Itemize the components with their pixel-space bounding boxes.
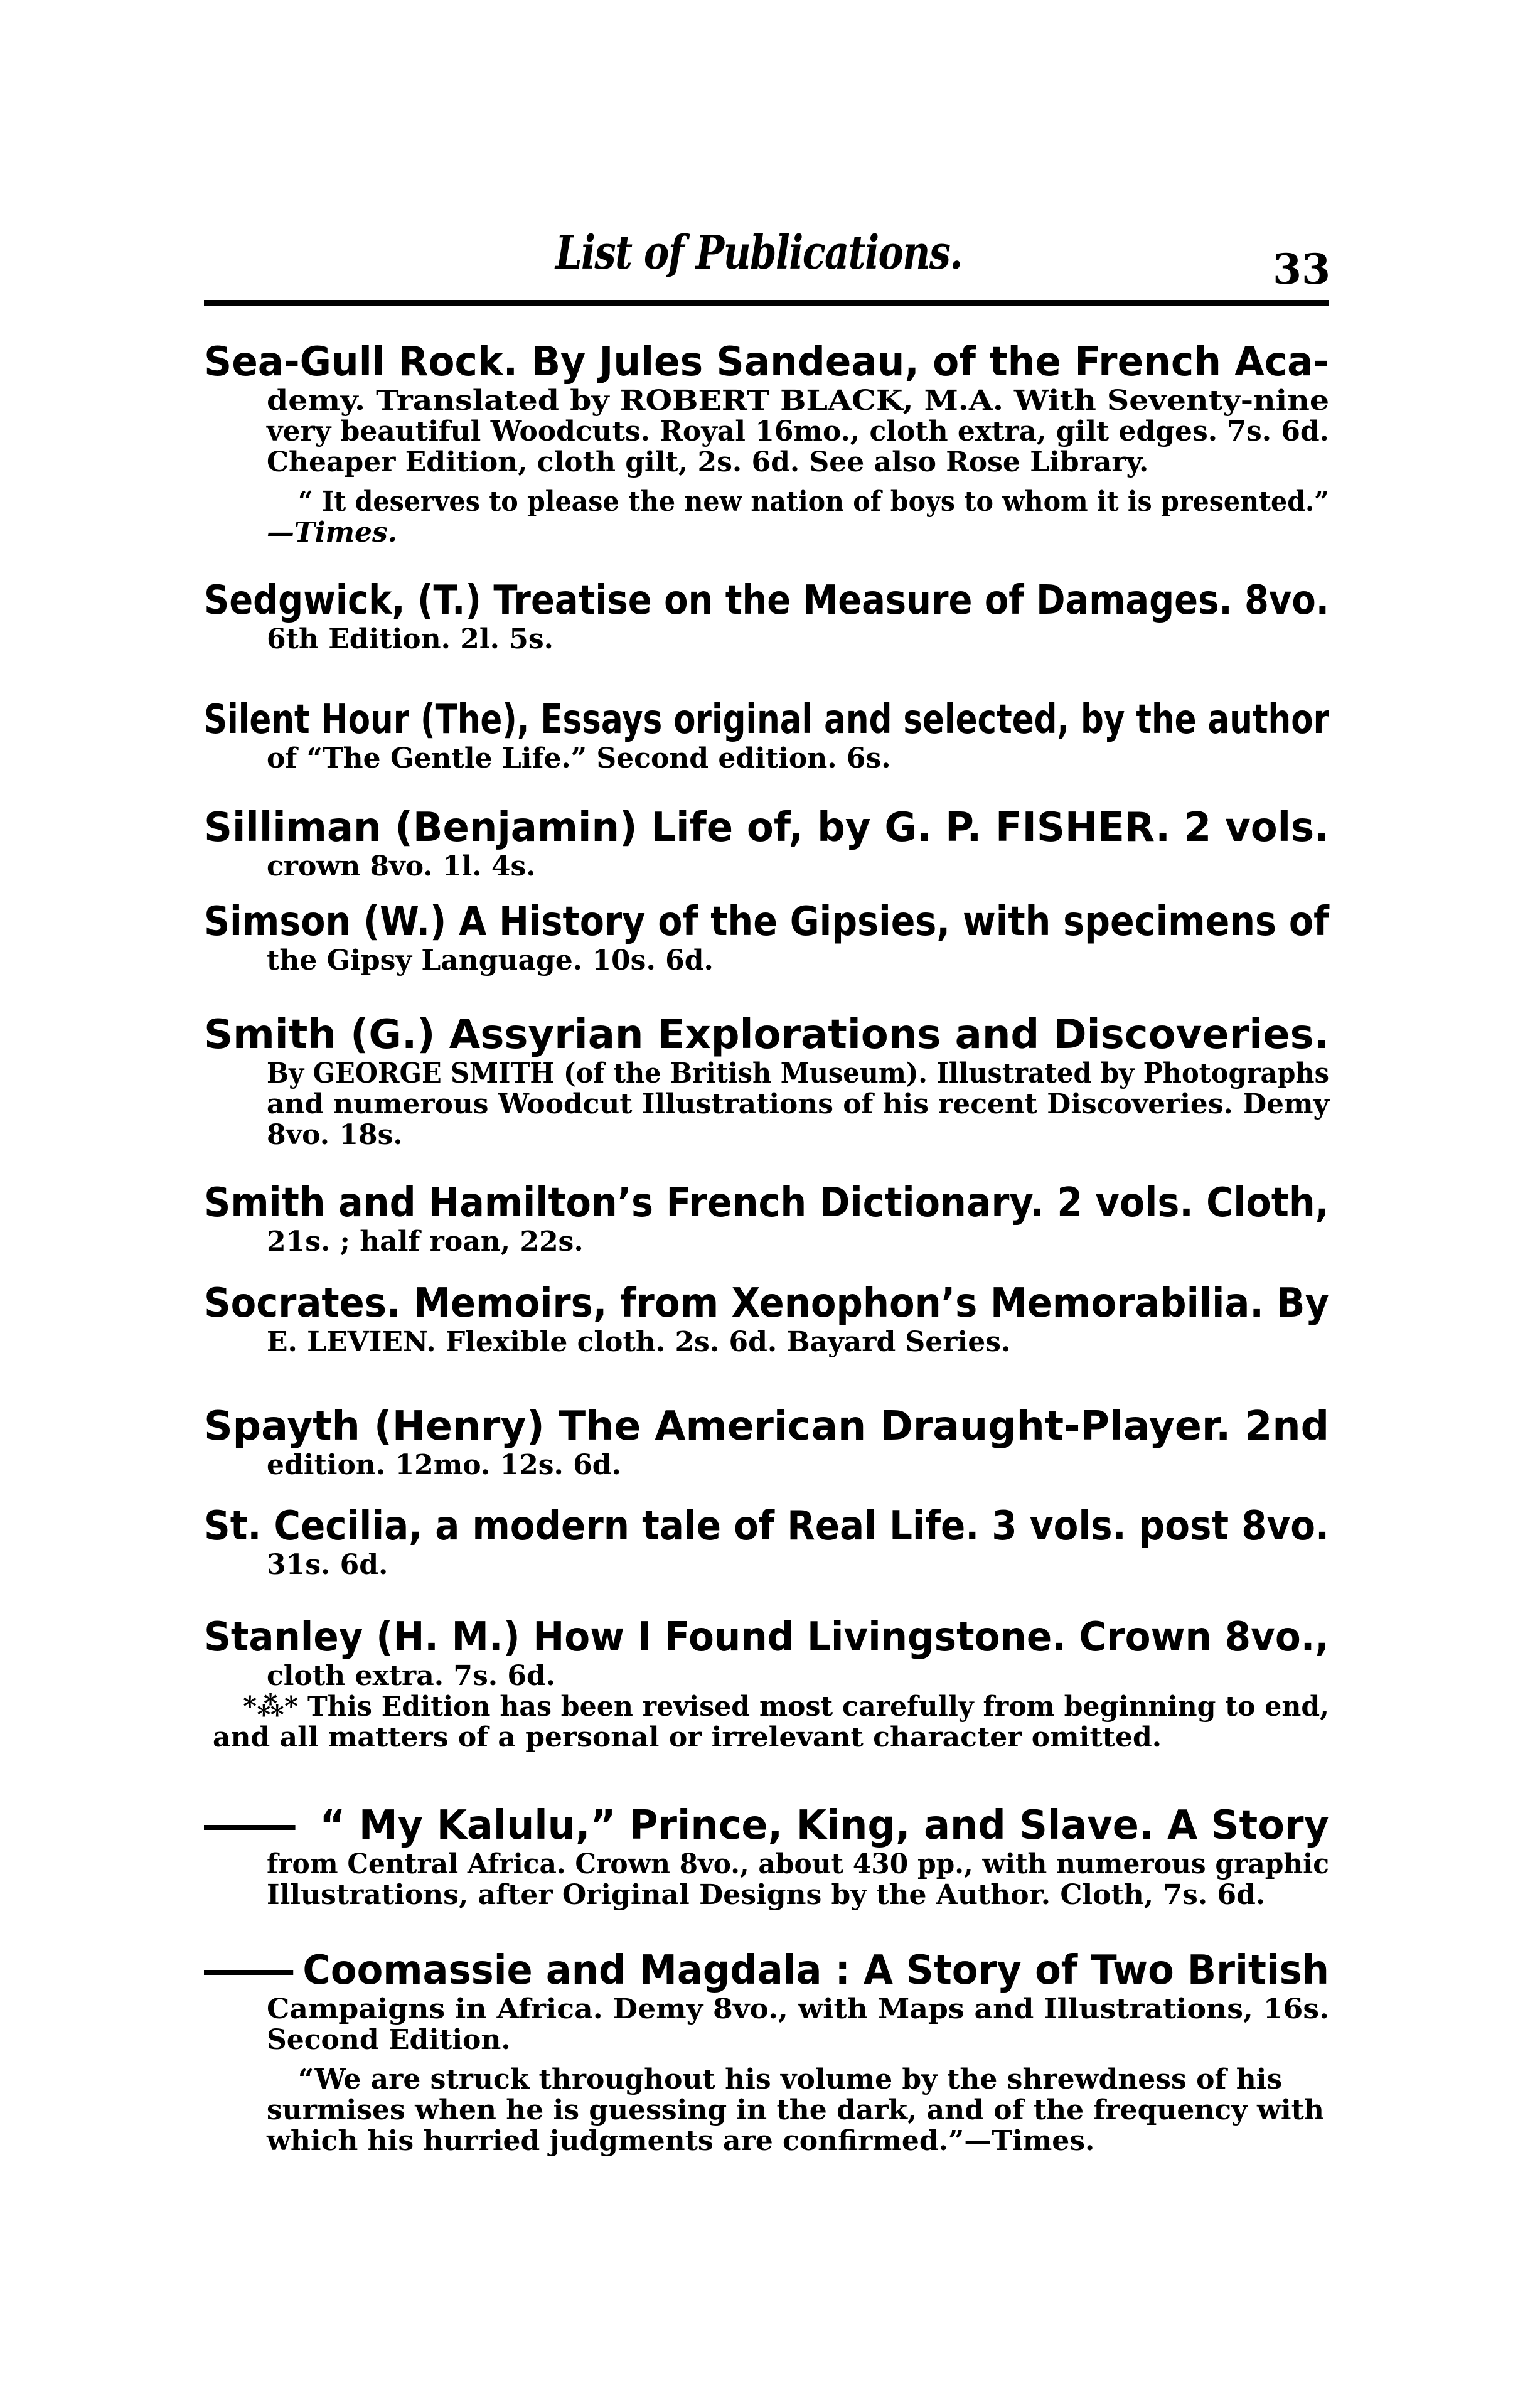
review-quote: “ It deserves to please the new nation o… [298,486,1329,517]
entry-line: very beautiful Woodcuts. Royal 16mo., cl… [267,416,1329,447]
entry-title: Silliman (Benjamin) Life of, by G. P. FI… [204,805,1329,851]
page-number: 33 [1273,245,1330,294]
entry-line: Illustrations, after Original Designs by… [267,1880,1329,1910]
entry-line: By GEORGE SMITH (of the British Museum).… [267,1058,1329,1089]
entry-title: Socrates. Memoirs, from Xenophon’s Memor… [204,1280,1329,1327]
entry-stanley-kalulu: “ My Kalulu,” Prince, King, and Slave. A… [204,1802,1329,1910]
entry-title-main: Sea-Gull Rock. [204,339,518,385]
entry-line: Campaigns in Africa. Demy 8vo., with Map… [267,1994,1329,2025]
entry-line: E. LEVIEN. Flexible cloth. 2s. 6d. Bayar… [267,1327,1329,1357]
entry-title: Sea-Gull Rock. By Jules Sandeau, of the … [204,339,1329,385]
entry-title: “ My Kalulu,” Prince, King, and Slave. A… [204,1802,1329,1849]
entry-line: and numerous Woodcut Illustrations of hi… [267,1089,1329,1120]
entry-st-cecilia: St. Cecilia, a modern tale of Real Life.… [204,1503,1329,1580]
entry-line: crown 8vo. 1l. 4s. [267,851,1329,882]
entry-sedgwick: Sedgwick, (T.) Treatise on the Measure o… [204,577,1329,655]
review-quote: surmises when he is guessing in the dark… [267,2095,1329,2126]
entry-stanley-livingstone: Stanley (H. M.) How I Found Livingstone.… [204,1614,1329,1753]
entry-line: 21s. ; half roan, 22s. [267,1226,1329,1257]
entry-title: St. Cecilia, a modern tale of Real Life.… [204,1503,1329,1549]
entry-silliman: Silliman (Benjamin) Life of, by G. P. FI… [204,805,1329,882]
entry-spayth: Spayth (Henry) The American Draught-Play… [204,1403,1329,1480]
running-title: List of Publications. [555,226,962,280]
editorial-note: *⁂* This Edition has been revised most c… [243,1691,1329,1722]
entry-stanley-coomassie: Coomassie and Magdala : A Story of Two B… [204,1947,1329,2156]
entry-title: Spayth (Henry) The American Draught-Play… [204,1403,1329,1450]
review-source: —Times. [267,517,1329,548]
entry-title: Sedgwick, (T.) Treatise on the Measure o… [204,577,1329,624]
entry-silent-hour: Silent Hour (The), Essays original and s… [204,697,1329,774]
running-head: List of Publications. 33 [204,226,1330,289]
entry-line: 31s. 6d. [267,1549,1329,1580]
entry-smith-assyrian: Smith (G.) Assyrian Explorations and Dis… [204,1012,1329,1150]
entry-simson: Simson (W.) A History of the Gipsies, wi… [204,899,1329,976]
entry-line: Second Edition. [267,2025,1329,2055]
entry-line: 8vo. 18s. [267,1120,1329,1150]
review-quote: which his hurried judgments are confirme… [267,2126,1329,2156]
entry-sea-gull-rock: Sea-Gull Rock. By Jules Sandeau, of the … [204,339,1329,548]
ditto-dash [204,1825,296,1830]
entry-title: Stanley (H. M.) How I Found Livingstone.… [204,1614,1329,1661]
entry-line: cloth extra. 7s. 6d. [267,1661,1329,1691]
entry-line: of “The Gentle Life.” Second edition. 6s… [267,743,1329,774]
entry-title: Coomassie and Magdala : A Story of Two B… [204,1947,1329,1994]
entry-line: Cheaper Edition, cloth gilt, 2s. 6d. See… [267,447,1329,478]
editorial-note: and all matters of a personal or irrelev… [213,1722,1329,1753]
book-page: List of Publications. 33 Sea-Gull Rock. … [0,0,1540,2391]
entry-title: Smith and Hamilton’s French Dictionary. … [204,1180,1329,1226]
entry-title: Simson (W.) A History of the Gipsies, wi… [204,899,1329,945]
entry-title-text: Coomassie and Magdala : A Story of Two B… [302,1947,1329,1994]
entry-smith-hamilton: Smith and Hamilton’s French Dictionary. … [204,1180,1329,1257]
header-rule [204,300,1329,306]
entry-line: the Gipsy Language. 10s. 6d. [267,945,1329,976]
entry-title: Silent Hour (The), Essays original and s… [204,697,1329,743]
entry-title-rest: By Jules Sandeau, of the French Aca- [531,339,1329,385]
entry-socrates: Socrates. Memoirs, from Xenophon’s Memor… [204,1280,1329,1357]
entry-line: 6th Edition. 2l. 5s. [267,624,1329,655]
entry-title-text: “ My Kalulu,” Prince, King, and Slave. A… [319,1802,1329,1849]
entry-title: Smith (G.) Assyrian Explorations and Dis… [204,1012,1329,1058]
entry-line: from Central Africa. Crown 8vo., about 4… [267,1849,1329,1880]
entry-line: demy. Translated by ROBERT BLACK, M.A. W… [267,385,1329,416]
entry-line: edition. 12mo. 12s. 6d. [267,1450,1329,1480]
review-quote: “We are struck throughout his volume by … [298,2064,1329,2095]
ditto-dash [204,1970,293,1975]
